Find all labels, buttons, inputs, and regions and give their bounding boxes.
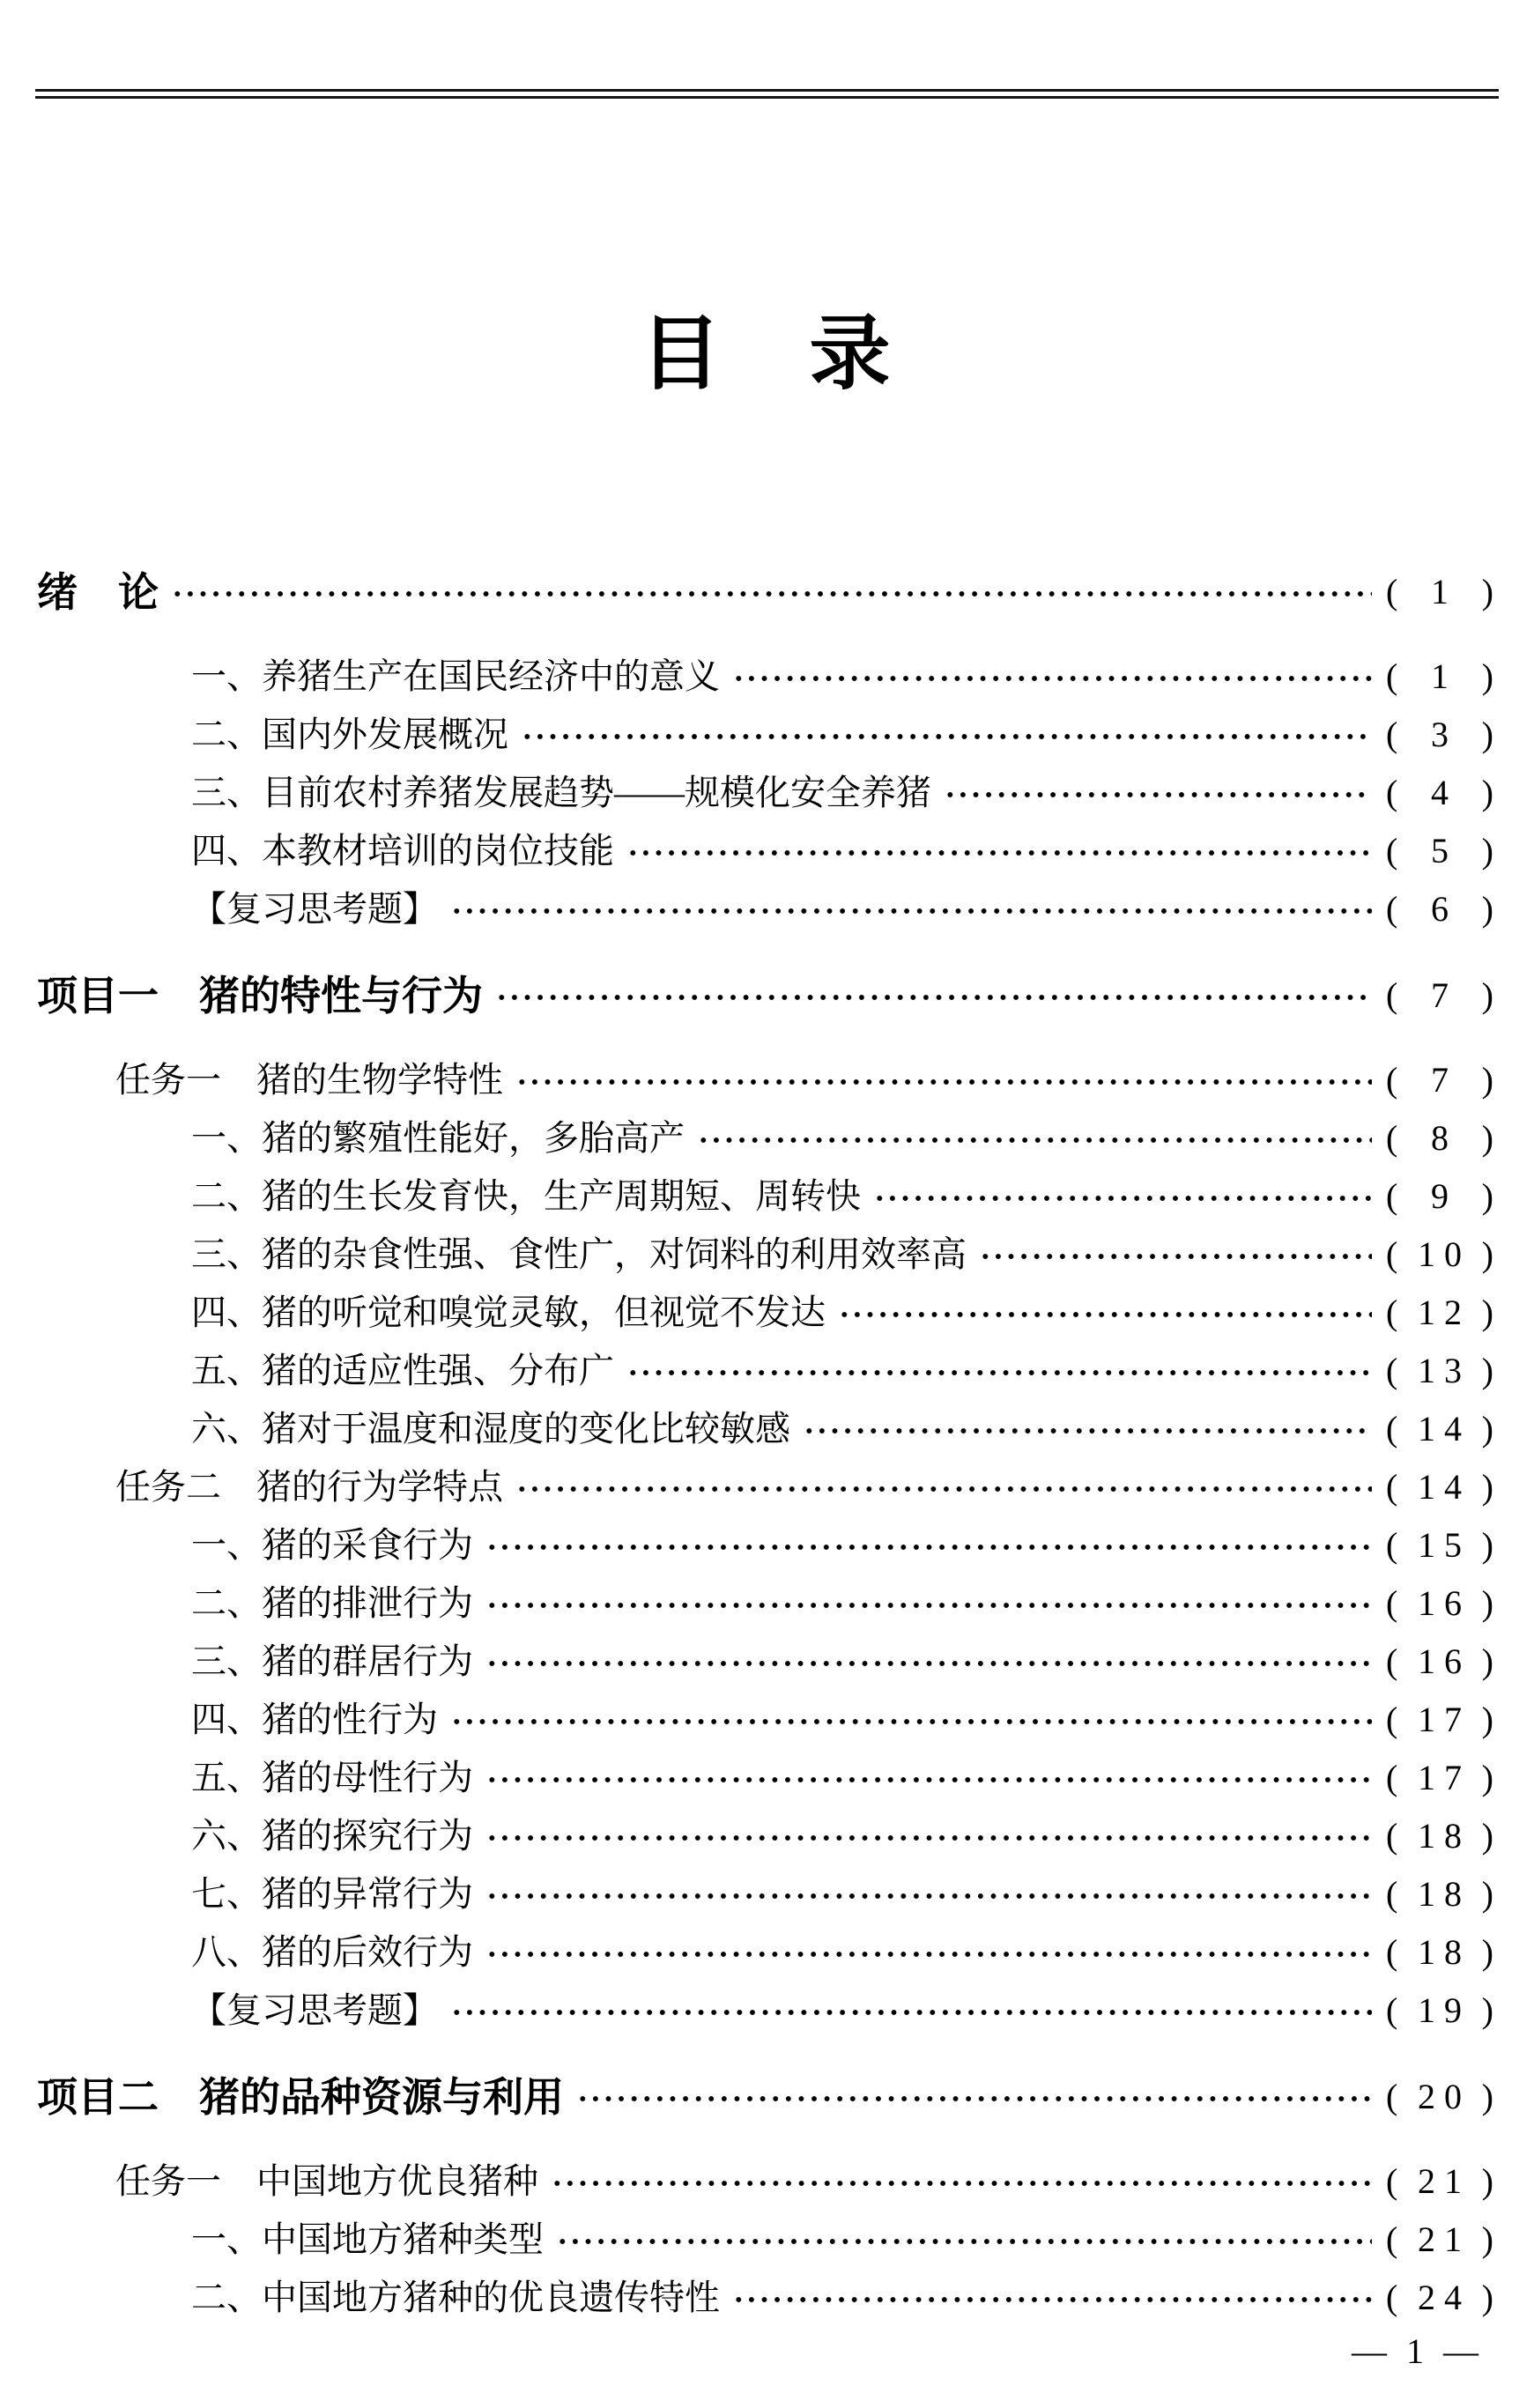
toc-page-number: 14 bbox=[1418, 1470, 1471, 1505]
open-paren: ( bbox=[1386, 1063, 1397, 1098]
toc-entry-label: 任务一 中国地方优良猪种 bbox=[115, 2164, 538, 2199]
toc-entry: 二、中国地方猪种的优良遗传特性 ( 24 ) bbox=[0, 2269, 1534, 2327]
toc-entry-label: 七、猪的异常行为 bbox=[191, 1877, 473, 1912]
open-paren: ( bbox=[1386, 978, 1397, 1013]
toc-entry: 一、猪的繁殖性能好，多胎高产 ( 8 ) bbox=[0, 1109, 1534, 1167]
open-paren: ( bbox=[1386, 892, 1397, 927]
toc-page-ref: ( 6 ) bbox=[1386, 892, 1493, 927]
dot-leader bbox=[576, 2095, 1372, 2102]
toc-page-ref: ( 18 ) bbox=[1386, 1877, 1493, 1912]
close-paren: ) bbox=[1482, 574, 1493, 610]
close-paren: ) bbox=[1482, 1470, 1493, 1505]
toc-page-number: 21 bbox=[1418, 2164, 1471, 2199]
toc-page-ref: ( 14 ) bbox=[1386, 1470, 1493, 1505]
toc-page-ref: ( 18 ) bbox=[1386, 1935, 1493, 1970]
open-paren: ( bbox=[1386, 659, 1397, 694]
toc-entry-label: 一、养猪生产在国民经济中的意义 bbox=[191, 659, 720, 694]
toc-page-ref: ( 16 ) bbox=[1386, 1644, 1493, 1679]
toc-page-number: 20 bbox=[1418, 2079, 1471, 2115]
open-paren: ( bbox=[1386, 1760, 1397, 1796]
toc-entry-label: 六、猪的探究行为 bbox=[191, 1819, 473, 1854]
toc-list: 绪 论 ( 1 ) 一、养猪生产在国民经济中的意义 ( 1 ) 二、国内外发展概… bbox=[0, 563, 1534, 2327]
header-double-rule bbox=[35, 89, 1499, 99]
toc-page-number: 14 bbox=[1418, 1411, 1471, 1447]
toc-page-ref: ( 18 ) bbox=[1386, 1819, 1493, 1854]
toc-entry-label: 三、目前农村养猪发展趋势——规模化安全养猪 bbox=[191, 775, 931, 811]
close-paren: ) bbox=[1482, 892, 1493, 927]
open-paren: ( bbox=[1386, 1702, 1397, 1737]
close-paren: ) bbox=[1482, 1586, 1493, 1621]
toc-entry: 三、猪的杂食性强、食性广，对饲料的利用效率高 ( 10 ) bbox=[0, 1226, 1534, 1284]
toc-entry: 任务二 猪的行为学特点 ( 14 ) bbox=[0, 1458, 1534, 1516]
dot-leader bbox=[732, 2296, 1372, 2303]
open-paren: ( bbox=[1386, 834, 1397, 869]
toc-entry: 二、猪的排泄行为 ( 16 ) bbox=[0, 1574, 1534, 1633]
toc-entry: 五、猪的适应性强、分布广 ( 13 ) bbox=[0, 1342, 1534, 1400]
toc-entry-label: 三、猪的群居行为 bbox=[191, 1644, 473, 1679]
toc-entry-label: 一、猪的采食行为 bbox=[191, 1528, 473, 1563]
close-paren: ) bbox=[1482, 1121, 1493, 1156]
dot-leader bbox=[551, 2180, 1372, 2187]
toc-page-number: 18 bbox=[1418, 1819, 1471, 1854]
close-paren: ) bbox=[1482, 1702, 1493, 1737]
toc-page-number: 19 bbox=[1418, 1993, 1471, 2028]
open-paren: ( bbox=[1386, 1179, 1397, 1214]
toc-entry: 八、猪的后效行为 ( 18 ) bbox=[0, 1923, 1534, 1982]
toc-entry-label: 一、猪的繁殖性能好，多胎高产 bbox=[191, 1121, 685, 1156]
toc-page-ref: ( 15 ) bbox=[1386, 1528, 1493, 1563]
close-paren: ) bbox=[1482, 775, 1493, 811]
toc-entry-label: 任务二 猪的行为学特点 bbox=[115, 1470, 503, 1505]
close-paren: ) bbox=[1482, 659, 1493, 694]
close-paren: ) bbox=[1482, 1237, 1493, 1272]
close-paren: ) bbox=[1482, 717, 1493, 752]
toc-entry-label: 二、猪的生长发育快，生产周期短、周转快 bbox=[191, 1179, 861, 1214]
toc-page-number: 3 bbox=[1431, 717, 1457, 752]
toc-entry-label: 六、猪对于温度和湿度的变化比较敏感 bbox=[191, 1411, 790, 1447]
toc-entry: 四、本教材培训的岗位技能 ( 5 ) bbox=[0, 822, 1534, 880]
open-paren: ( bbox=[1386, 1411, 1397, 1447]
dot-leader bbox=[485, 1776, 1372, 1783]
toc-entry-label: 五、猪的母性行为 bbox=[191, 1760, 473, 1796]
toc-page-ref: ( 12 ) bbox=[1386, 1295, 1493, 1330]
toc-page-ref: ( 20 ) bbox=[1386, 2079, 1493, 2115]
dot-leader bbox=[838, 1311, 1372, 1318]
toc-entry: 项目二 猪的品种资源与利用 ( 20 ) bbox=[0, 2068, 1534, 2126]
open-paren: ( bbox=[1386, 1353, 1397, 1389]
dot-leader bbox=[485, 1544, 1372, 1551]
toc-page-ref: ( 10 ) bbox=[1386, 1237, 1493, 1272]
toc-page-number: 9 bbox=[1431, 1179, 1457, 1214]
toc-entry: 一、猪的采食行为 ( 15 ) bbox=[0, 1516, 1534, 1574]
open-paren: ( bbox=[1386, 775, 1397, 811]
open-paren: ( bbox=[1386, 1528, 1397, 1563]
dot-leader bbox=[732, 675, 1372, 682]
toc-entry: 二、猪的生长发育快，生产周期短、周转快 ( 9 ) bbox=[0, 1167, 1534, 1226]
toc-page-ref: ( 19 ) bbox=[1386, 1993, 1493, 2028]
open-paren: ( bbox=[1386, 2164, 1397, 2199]
toc-page-ref: ( 21 ) bbox=[1386, 2164, 1493, 2199]
toc-page-ref: ( 8 ) bbox=[1386, 1121, 1493, 1156]
toc-page-number: 6 bbox=[1431, 892, 1457, 927]
toc-entry: 项目一 猪的特性与行为 ( 7 ) bbox=[0, 967, 1534, 1025]
close-paren: ) bbox=[1482, 2079, 1493, 2115]
open-paren: ( bbox=[1386, 1877, 1397, 1912]
open-paren: ( bbox=[1386, 2280, 1397, 2315]
toc-entry-label: 二、国内外发展概况 bbox=[191, 717, 508, 752]
toc-entry-label: 项目一 猪的特性与行为 bbox=[37, 975, 483, 1016]
toc-page-ref: ( 13 ) bbox=[1386, 1353, 1493, 1389]
toc-page-ref: ( 17 ) bbox=[1386, 1702, 1493, 1737]
close-paren: ) bbox=[1482, 1411, 1493, 1447]
open-paren: ( bbox=[1386, 1295, 1397, 1330]
toc-page-number: 17 bbox=[1418, 1760, 1471, 1796]
page-number-footer: — 1 — bbox=[1352, 2330, 1478, 2373]
close-paren: ) bbox=[1482, 1528, 1493, 1563]
toc-entry: 一、中国地方猪种类型 ( 21 ) bbox=[0, 2211, 1534, 2269]
toc-page-ref: ( 7 ) bbox=[1386, 1063, 1493, 1098]
toc-page-number: 12 bbox=[1418, 1295, 1471, 1330]
dot-leader bbox=[450, 2009, 1372, 2016]
close-paren: ) bbox=[1482, 1179, 1493, 1214]
dot-leader bbox=[485, 1893, 1372, 1900]
close-paren: ) bbox=[1482, 1295, 1493, 1330]
close-paren: ) bbox=[1482, 1935, 1493, 1970]
toc-page-ref: ( 4 ) bbox=[1386, 775, 1493, 811]
toc-page-number: 8 bbox=[1431, 1121, 1457, 1156]
close-paren: ) bbox=[1482, 1993, 1493, 2028]
toc-entry: 七、猪的异常行为 ( 18 ) bbox=[0, 1865, 1534, 1923]
toc-page-number: 7 bbox=[1431, 978, 1457, 1013]
open-paren: ( bbox=[1386, 1993, 1397, 2028]
toc-entry: 一、养猪生产在国民经济中的意义 ( 1 ) bbox=[0, 648, 1534, 706]
toc-entry-label: 任务一 猪的生物学特性 bbox=[115, 1063, 503, 1098]
toc-entry: 二、国内外发展概况 ( 3 ) bbox=[0, 706, 1534, 764]
toc-page-ref: ( 1 ) bbox=[1386, 659, 1493, 694]
close-paren: ) bbox=[1482, 2280, 1493, 2315]
toc-page-ref: ( 7 ) bbox=[1386, 978, 1493, 1013]
toc-page-ref: ( 1 ) bbox=[1386, 574, 1493, 610]
toc-page-ref: ( 3 ) bbox=[1386, 717, 1493, 752]
dot-leader bbox=[521, 733, 1372, 740]
toc-entry: 六、猪的探究行为 ( 18 ) bbox=[0, 1807, 1534, 1865]
toc-entry: 任务一 猪的生物学特性 ( 7 ) bbox=[0, 1051, 1534, 1109]
toc-page-ref: ( 14 ) bbox=[1386, 1411, 1493, 1447]
dot-leader bbox=[556, 2238, 1372, 2245]
toc-entry-label: 四、猪的听觉和嗅觉灵敏，但视觉不发达 bbox=[191, 1295, 826, 1330]
open-paren: ( bbox=[1386, 1644, 1397, 1679]
toc-entry: 【复习思考题】 ( 19 ) bbox=[0, 1982, 1534, 2040]
toc-page-number: 18 bbox=[1418, 1877, 1471, 1912]
open-paren: ( bbox=[1386, 1237, 1397, 1272]
dot-leader bbox=[697, 1137, 1372, 1144]
toc-entry-label: 四、本教材培训的岗位技能 bbox=[191, 834, 614, 869]
toc-page-number: 5 bbox=[1431, 834, 1457, 869]
toc-entry: 五、猪的母性行为 ( 17 ) bbox=[0, 1749, 1534, 1807]
dot-leader bbox=[485, 1951, 1372, 1958]
open-paren: ( bbox=[1386, 2222, 1397, 2257]
toc-page-ref: ( 16 ) bbox=[1386, 1586, 1493, 1621]
dot-leader bbox=[626, 1369, 1372, 1376]
toc-page-number: 16 bbox=[1418, 1586, 1471, 1621]
toc-entry-label: 二、猪的排泄行为 bbox=[191, 1586, 473, 1621]
toc-entry-label: 四、猪的性行为 bbox=[191, 1702, 438, 1737]
close-paren: ) bbox=[1482, 1644, 1493, 1679]
dot-leader bbox=[450, 908, 1372, 915]
dot-leader bbox=[944, 791, 1372, 798]
toc-page-number: 4 bbox=[1431, 775, 1457, 811]
toc-entry: 三、猪的群居行为 ( 16 ) bbox=[0, 1633, 1534, 1691]
dot-leader bbox=[495, 994, 1372, 1001]
dot-leader bbox=[873, 1195, 1372, 1202]
dot-leader bbox=[485, 1602, 1372, 1609]
toc-entry: 绪 论 ( 1 ) bbox=[0, 563, 1534, 621]
toc-entry: 六、猪对于温度和湿度的变化比较敏感 ( 14 ) bbox=[0, 1400, 1534, 1458]
open-paren: ( bbox=[1386, 1935, 1397, 1970]
close-paren: ) bbox=[1482, 1760, 1493, 1796]
toc-entry-label: 二、中国地方猪种的优良遗传特性 bbox=[191, 2280, 720, 2315]
toc-entry-label: 一、中国地方猪种类型 bbox=[191, 2222, 544, 2257]
toc-entry-label: 项目二 猪的品种资源与利用 bbox=[37, 2077, 564, 2117]
toc-entry-label: 【复习思考题】 bbox=[191, 892, 438, 927]
toc-page-number: 15 bbox=[1418, 1528, 1471, 1563]
toc-entry-label: 绪 论 bbox=[37, 572, 159, 612]
open-paren: ( bbox=[1386, 1470, 1397, 1505]
toc-entry-label: 五、猪的适应性强、分布广 bbox=[191, 1353, 614, 1389]
dot-leader bbox=[803, 1427, 1372, 1434]
open-paren: ( bbox=[1386, 1586, 1397, 1621]
open-paren: ( bbox=[1386, 2079, 1397, 2115]
open-paren: ( bbox=[1386, 717, 1397, 752]
toc-entry-label: 【复习思考题】 bbox=[191, 1993, 438, 2028]
dot-leader bbox=[485, 1660, 1372, 1667]
toc-page-ref: ( 21 ) bbox=[1386, 2222, 1493, 2257]
toc-page-number: 17 bbox=[1418, 1702, 1471, 1737]
toc-page-number: 21 bbox=[1418, 2222, 1471, 2257]
toc-entry: 四、猪的听觉和嗅觉灵敏，但视觉不发达 ( 12 ) bbox=[0, 1284, 1534, 1342]
toc-page-ref: ( 9 ) bbox=[1386, 1179, 1493, 1214]
close-paren: ) bbox=[1482, 978, 1493, 1013]
dot-leader bbox=[979, 1253, 1372, 1260]
close-paren: ) bbox=[1482, 834, 1493, 869]
page-title: 目 录 bbox=[0, 314, 1534, 395]
close-paren: ) bbox=[1482, 2164, 1493, 2199]
toc-page-number: 7 bbox=[1431, 1063, 1457, 1098]
toc-entry: 【复习思考题】 ( 6 ) bbox=[0, 880, 1534, 938]
toc-page-ref: ( 5 ) bbox=[1386, 834, 1493, 869]
dot-leader bbox=[515, 1078, 1372, 1085]
dot-leader bbox=[450, 1718, 1372, 1725]
toc-page-number: 10 bbox=[1418, 1237, 1471, 1272]
open-paren: ( bbox=[1386, 1121, 1397, 1156]
dot-leader bbox=[626, 849, 1372, 856]
close-paren: ) bbox=[1482, 1877, 1493, 1912]
toc-entry-label: 三、猪的杂食性强、食性广，对饲料的利用效率高 bbox=[191, 1237, 967, 1272]
toc-entry: 三、目前农村养猪发展趋势——规模化安全养猪 ( 4 ) bbox=[0, 764, 1534, 822]
open-paren: ( bbox=[1386, 1819, 1397, 1854]
toc-entry: 任务一 中国地方优良猪种 ( 21 ) bbox=[0, 2152, 1534, 2211]
toc-page-ref: ( 17 ) bbox=[1386, 1760, 1493, 1796]
toc-page-number: 13 bbox=[1418, 1353, 1471, 1389]
toc-page-number: 18 bbox=[1418, 1935, 1471, 1970]
toc-entry: 四、猪的性行为 ( 17 ) bbox=[0, 1691, 1534, 1749]
toc-page-number: 1 bbox=[1431, 659, 1457, 694]
close-paren: ) bbox=[1482, 2222, 1493, 2257]
close-paren: ) bbox=[1482, 1063, 1493, 1098]
close-paren: ) bbox=[1482, 1353, 1493, 1389]
open-paren: ( bbox=[1386, 574, 1397, 610]
toc-page-number: 16 bbox=[1418, 1644, 1471, 1679]
dot-leader bbox=[515, 1486, 1372, 1493]
toc-entry-label: 八、猪的后效行为 bbox=[191, 1935, 473, 1970]
dot-leader bbox=[485, 1834, 1372, 1841]
close-paren: ) bbox=[1482, 1819, 1493, 1854]
dot-leader bbox=[171, 590, 1372, 597]
toc-page-number: 24 bbox=[1418, 2280, 1471, 2315]
toc-page-number: 1 bbox=[1431, 574, 1457, 610]
toc-page-ref: ( 24 ) bbox=[1386, 2280, 1493, 2315]
